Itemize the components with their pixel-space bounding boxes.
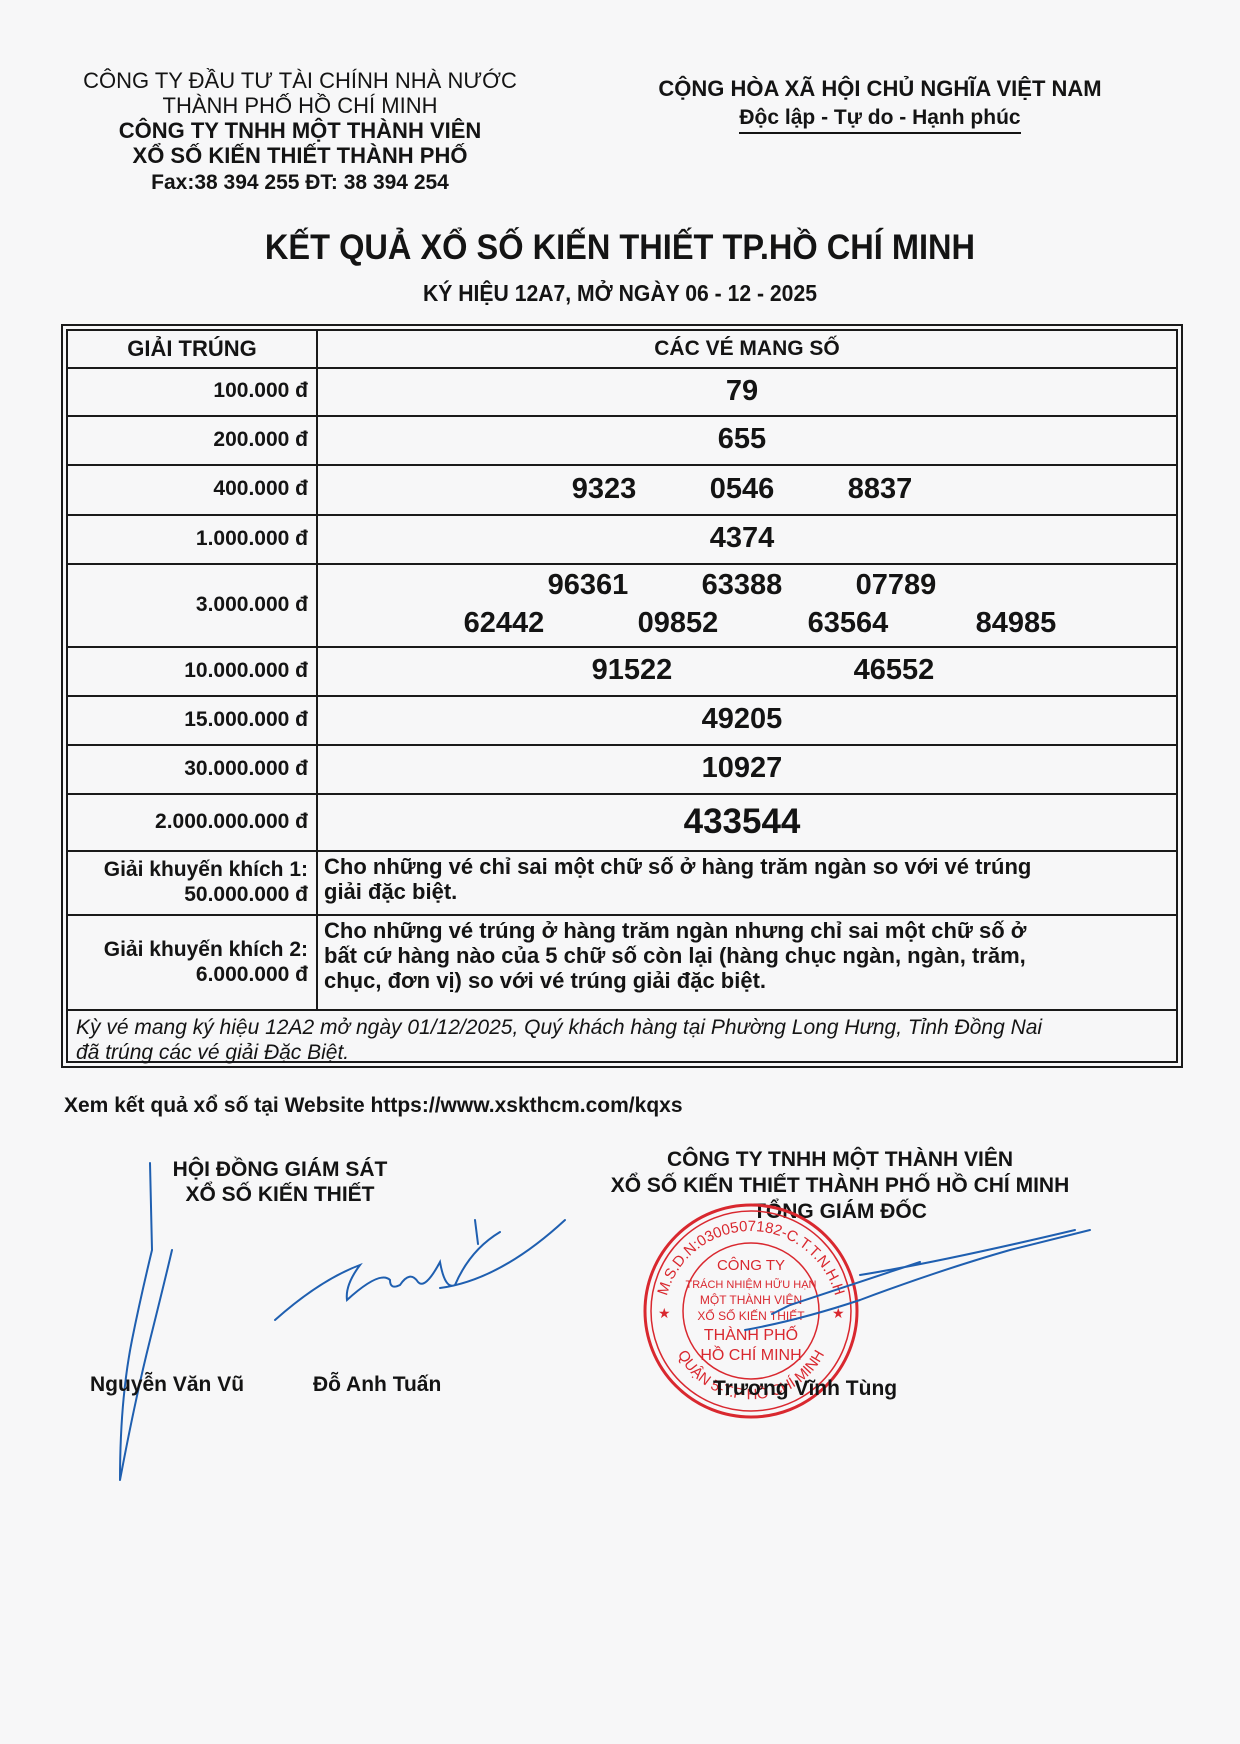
ticket-number: 46552 [854,654,935,687]
document-subtitle: KÝ HIỆU 12A7, MỞ NGÀY 06 - 12 - 2025 [50,280,1191,307]
prize-row: 1.000.000 đ4374 [68,514,1176,565]
svg-text:M.S.D.N:0300507182-C.T.T.N.H.H: M.S.D.N:0300507182-C.T.T.N.H.H [654,1218,847,1297]
winning-numbers: 433544 [318,793,1176,850]
ticket-number: 0546 [710,473,775,506]
prize-amount: 15.000.000 đ [68,695,318,744]
signer-name: Nguyễn Văn Vũ [90,1373,244,1397]
ticket-number: 84985 [976,607,1057,640]
contact-numbers: Fax:38 394 255 ĐT: 38 394 254 [50,170,550,195]
description-line: giải đặc biệt. [324,879,1170,904]
prize-row: 2.000.000.000 đ433544 [68,793,1176,852]
signer-name: Trương Vĩnh Tùng [713,1377,897,1401]
ticket-number: 8837 [848,473,913,506]
header-prize: GIẢI TRÚNG [68,331,318,367]
consolation-amount: 50.000.000 đ [184,882,308,907]
company-signatory: CÔNG TY TNHH MỘT THÀNH VIÊN XỔ SỐ KIẾN T… [560,1147,1120,1225]
consolation-row: Giải khuyến khích 1:50.000.000 đCho nhữn… [68,850,1176,916]
results-table-inner: GIẢI TRÚNG CÁC VÉ MANG SỐ 100.000 đ79200… [66,329,1178,1063]
winning-numbers: 49205 [318,695,1176,744]
ticket-number: 4374 [710,522,775,555]
prize-amount: 200.000 đ [68,415,318,464]
prize-amount: 2.000.000.000 đ [68,793,318,850]
ticket-number: 433544 [684,802,801,842]
national-motto: Độc lập - Tự do - Hạnh phúc [739,104,1020,134]
description-line: Cho những vé trúng ở hàng trăm ngàn nhưn… [324,918,1170,943]
ticket-number: 09852 [638,607,719,640]
document-title: KẾT QUẢ XỔ SỐ KIẾN THIẾT TP.HỒ CHÍ MINH [43,228,1196,268]
svg-text:★: ★ [658,1305,671,1321]
signature-3-icon [745,1230,1090,1330]
prize-row: 3.000.000 đ96361633880778962442098526356… [68,563,1176,648]
prize-row: 15.000.000 đ49205 [68,695,1176,746]
winning-numbers: 932305468837 [318,464,1176,514]
consolation-label: Giải khuyến khích 2: [104,937,308,962]
ticket-number: 91522 [592,654,673,687]
consolation-description: Cho những vé trúng ở hàng trăm ngàn nhưn… [318,914,1176,1009]
issuer-header: CÔNG TY ĐẦU TƯ TÀI CHÍNH NHÀ NƯỚC THÀNH … [50,68,550,195]
svg-text:HỒ CHÍ MINH: HỒ CHÍ MINH [700,1345,801,1364]
signature-1-icon [120,1163,172,1480]
signer-name: Đỗ Anh Tuấn [313,1373,441,1397]
ticket-number: 63388 [702,569,783,602]
signature-2-icon [275,1220,565,1320]
winning-numbers: 10927 [318,744,1176,793]
consolation-amount: 6.000.000 đ [196,962,308,987]
winning-numbers: 655 [318,415,1176,464]
ticket-number: 49205 [702,703,783,736]
prize-row: 200.000 đ655 [68,415,1176,466]
consolation-label: Giải khuyến khích 1: [104,857,308,882]
national-header: CỘNG HÒA XÃ HỘI CHỦ NGHĨA VIỆT NAM Độc l… [600,74,1160,134]
supervisory-board: HỘI ĐỒNG GIÁM SÁT XỔ SỐ KIẾN THIẾT [110,1157,450,1207]
consolation-description: Cho những vé chỉ sai một chữ số ở hàng t… [318,850,1176,914]
board-title: HỘI ĐỒNG GIÁM SÁT [110,1157,450,1182]
ticket-number: 655 [718,423,766,456]
ticket-number: 79 [726,375,758,408]
winning-numbers: 79 [318,367,1176,415]
results-table: GIẢI TRÚNG CÁC VÉ MANG SỐ 100.000 đ79200… [61,324,1183,1068]
table-header-row: GIẢI TRÚNG CÁC VÉ MANG SỐ [68,331,1176,369]
parent-org: CÔNG TY ĐẦU TƯ TÀI CHÍNH NHÀ NƯỚC [50,68,550,93]
svg-text:XỔ SỐ KIẾN THIẾT: XỔ SỐ KIẾN THIẾT [697,1308,805,1323]
ticket-number: 62442 [464,607,545,640]
description-line: Cho những vé chỉ sai một chữ số ở hàng t… [324,854,1170,879]
prize-amount: 30.000.000 đ [68,744,318,793]
prize-amount: 400.000 đ [68,464,318,514]
signatory-company-2: XỔ SỐ KIẾN THIẾT THÀNH PHỐ HỒ CHÍ MINH [560,1173,1120,1199]
national-title: CỘNG HÒA XÃ HỘI CHỦ NGHĨA VIỆT NAM [600,74,1160,104]
ticket-number: 96361 [548,569,629,602]
svg-text:CÔNG TY: CÔNG TY [717,1257,785,1274]
ticket-number: 63564 [808,607,889,640]
prize-row: 100.000 đ79 [68,367,1176,417]
ticket-number: 9323 [572,473,637,506]
prize-row: 400.000 đ932305468837 [68,464,1176,516]
prize-amount: 3.000.000 đ [68,563,318,646]
prize-amount: 10.000.000 đ [68,646,318,695]
parent-org-city: THÀNH PHỐ HỒ CHÍ MINH [50,93,550,118]
winning-numbers: 4374 [318,514,1176,563]
prize-row: 30.000.000 đ10927 [68,744,1176,795]
note-line: đã trúng các vé giải Đặc Biệt. [76,1040,1168,1065]
board-subtitle: XỔ SỐ KIẾN THIẾT [110,1182,450,1207]
consolation-prize: Giải khuyến khích 2:6.000.000 đ [68,914,318,1009]
website-notice: Xem kết quả xổ số tại Website https://ww… [64,1094,683,1118]
winning-numbers: 9152246552 [318,646,1176,695]
note-line: Kỳ vé mang ký hiệu 12A2 mở ngày 01/12/20… [76,1015,1168,1040]
winning-numbers: 96361633880778962442098526356484985 [318,563,1176,646]
svg-text:TRÁCH NHIỆM HỮU HẠN: TRÁCH NHIỆM HỮU HẠN [685,1278,816,1291]
svg-text:MỘT THÀNH VIÊN: MỘT THÀNH VIÊN [700,1292,802,1307]
signatory-company: CÔNG TY TNHH MỘT THÀNH VIÊN [560,1147,1120,1173]
header-numbers: CÁC VÉ MANG SỐ [318,331,1176,367]
company-name: CÔNG TY TNHH MỘT THÀNH VIÊN [50,118,550,143]
signatory-title: TỔNG GIÁM ĐỐC [560,1199,1120,1225]
svg-text:★: ★ [832,1305,845,1321]
ticket-number: 07789 [856,569,937,602]
prize-amount: 1.000.000 đ [68,514,318,563]
description-line: chục, đơn vị) so với vé trúng giải đặc b… [324,968,1170,993]
ticket-number: 10927 [702,752,783,785]
special-note: Kỳ vé mang ký hiệu 12A2 mở ngày 01/12/20… [68,1011,1176,1069]
company-name-2: XỔ SỐ KIẾN THIẾT THÀNH PHỐ [50,143,550,168]
consolation-prize: Giải khuyến khích 1:50.000.000 đ [68,850,318,914]
description-line: bất cứ hàng nào của 5 chữ số còn lại (hà… [324,943,1170,968]
svg-text:THÀNH PHỐ: THÀNH PHỐ [704,1324,798,1344]
prize-amount: 100.000 đ [68,367,318,415]
consolation-row: Giải khuyến khích 2:6.000.000 đCho những… [68,914,1176,1011]
prize-row: 10.000.000 đ9152246552 [68,646,1176,697]
